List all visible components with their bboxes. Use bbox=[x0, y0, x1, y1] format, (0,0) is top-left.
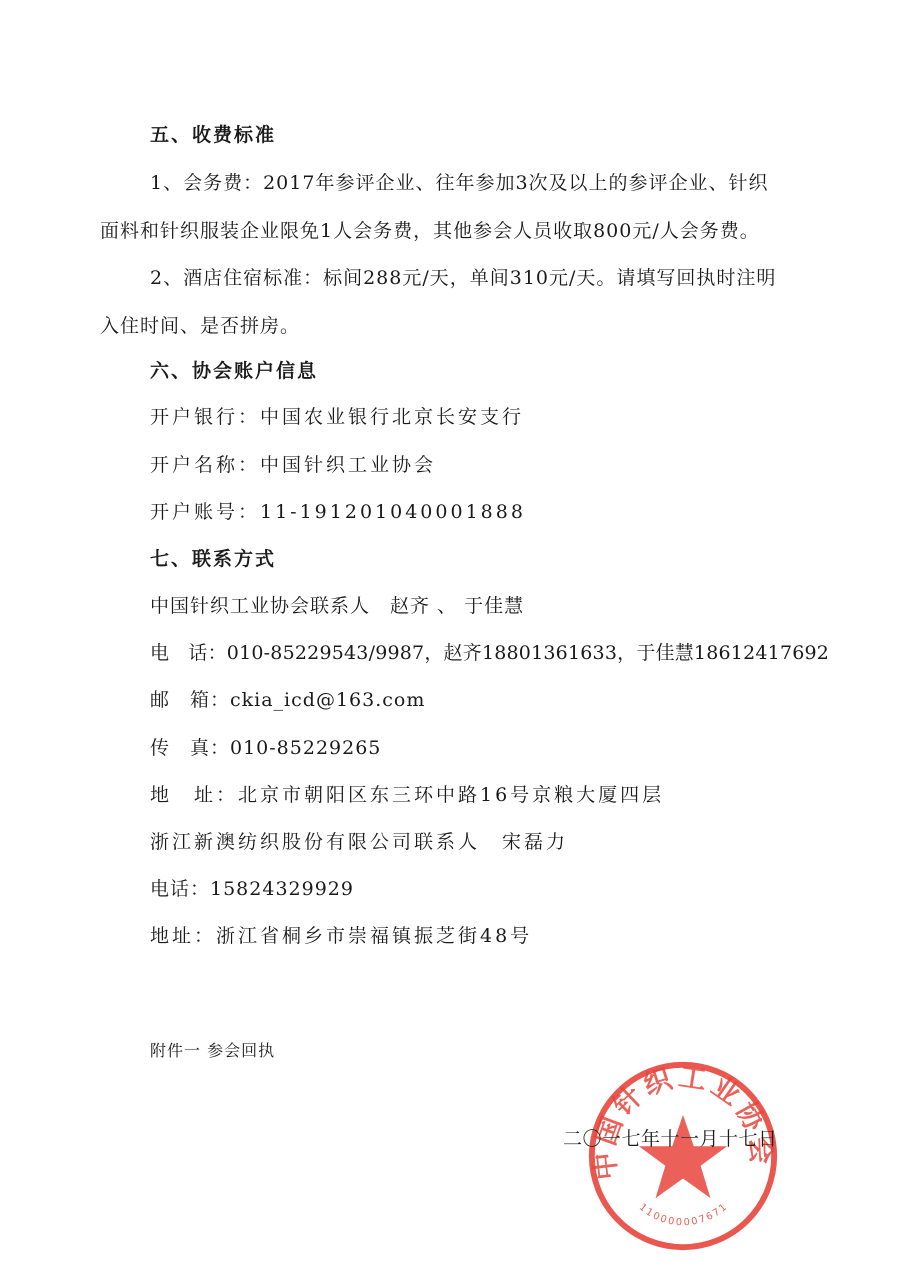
fee-item-2-line-2: 入住时间、是否拼房。 bbox=[100, 314, 300, 338]
company-address: 地址：浙江省桐乡市崇福镇振芝街48号 bbox=[150, 924, 532, 948]
fee-item-1-line-2: 面料和针织服装企业限免1人会务费，其他参会人员收取800元/人会务费。 bbox=[100, 219, 760, 243]
document-date: 二〇一七年十一月十七日 bbox=[563, 1124, 778, 1151]
company-phone: 电话：15824329929 bbox=[150, 877, 354, 901]
section-7-heading: 七、联系方式 bbox=[150, 547, 276, 571]
account-name: 开户名称：中国针织工业协会 bbox=[150, 453, 436, 477]
association-address: 地 址：北京市朝阳区东三环中路16号京粮大厦四层 bbox=[150, 783, 664, 807]
account-number: 开户账号：11-191201040001888 bbox=[150, 500, 526, 524]
company-contact: 浙江新澳纺织股份有限公司联系人 宋磊力 bbox=[150, 830, 568, 854]
association-phone: 电 话：010-85229543/9987，赵齐18801361633，于佳慧1… bbox=[150, 641, 829, 665]
section-5-heading: 五、收费标准 bbox=[150, 123, 276, 147]
fee-item-1-line-1: 1、会务费：2017年参评企业、往年参加3次及以上的参评企业、针织 bbox=[150, 171, 769, 195]
association-email: 邮 箱：ckia_icd@163.com bbox=[150, 688, 425, 712]
official-seal-icon: 中国针织工业协会 1100000076713 bbox=[585, 1058, 781, 1254]
bank-name: 开户银行：中国农业银行北京长安支行 bbox=[150, 405, 524, 429]
attachment-note: 附件一 参会回执 bbox=[150, 1039, 275, 1063]
association-fax: 传 真：010-85229265 bbox=[150, 736, 381, 760]
fee-item-2-line-1: 2、酒店住宿标准：标间288元/天，单间310元/天。请填写回执时注明 bbox=[150, 266, 776, 290]
association-contacts: 中国针织工业协会联系人 赵齐 、 于佳慧 bbox=[150, 594, 524, 618]
section-6-heading: 六、协会账户信息 bbox=[150, 359, 318, 383]
